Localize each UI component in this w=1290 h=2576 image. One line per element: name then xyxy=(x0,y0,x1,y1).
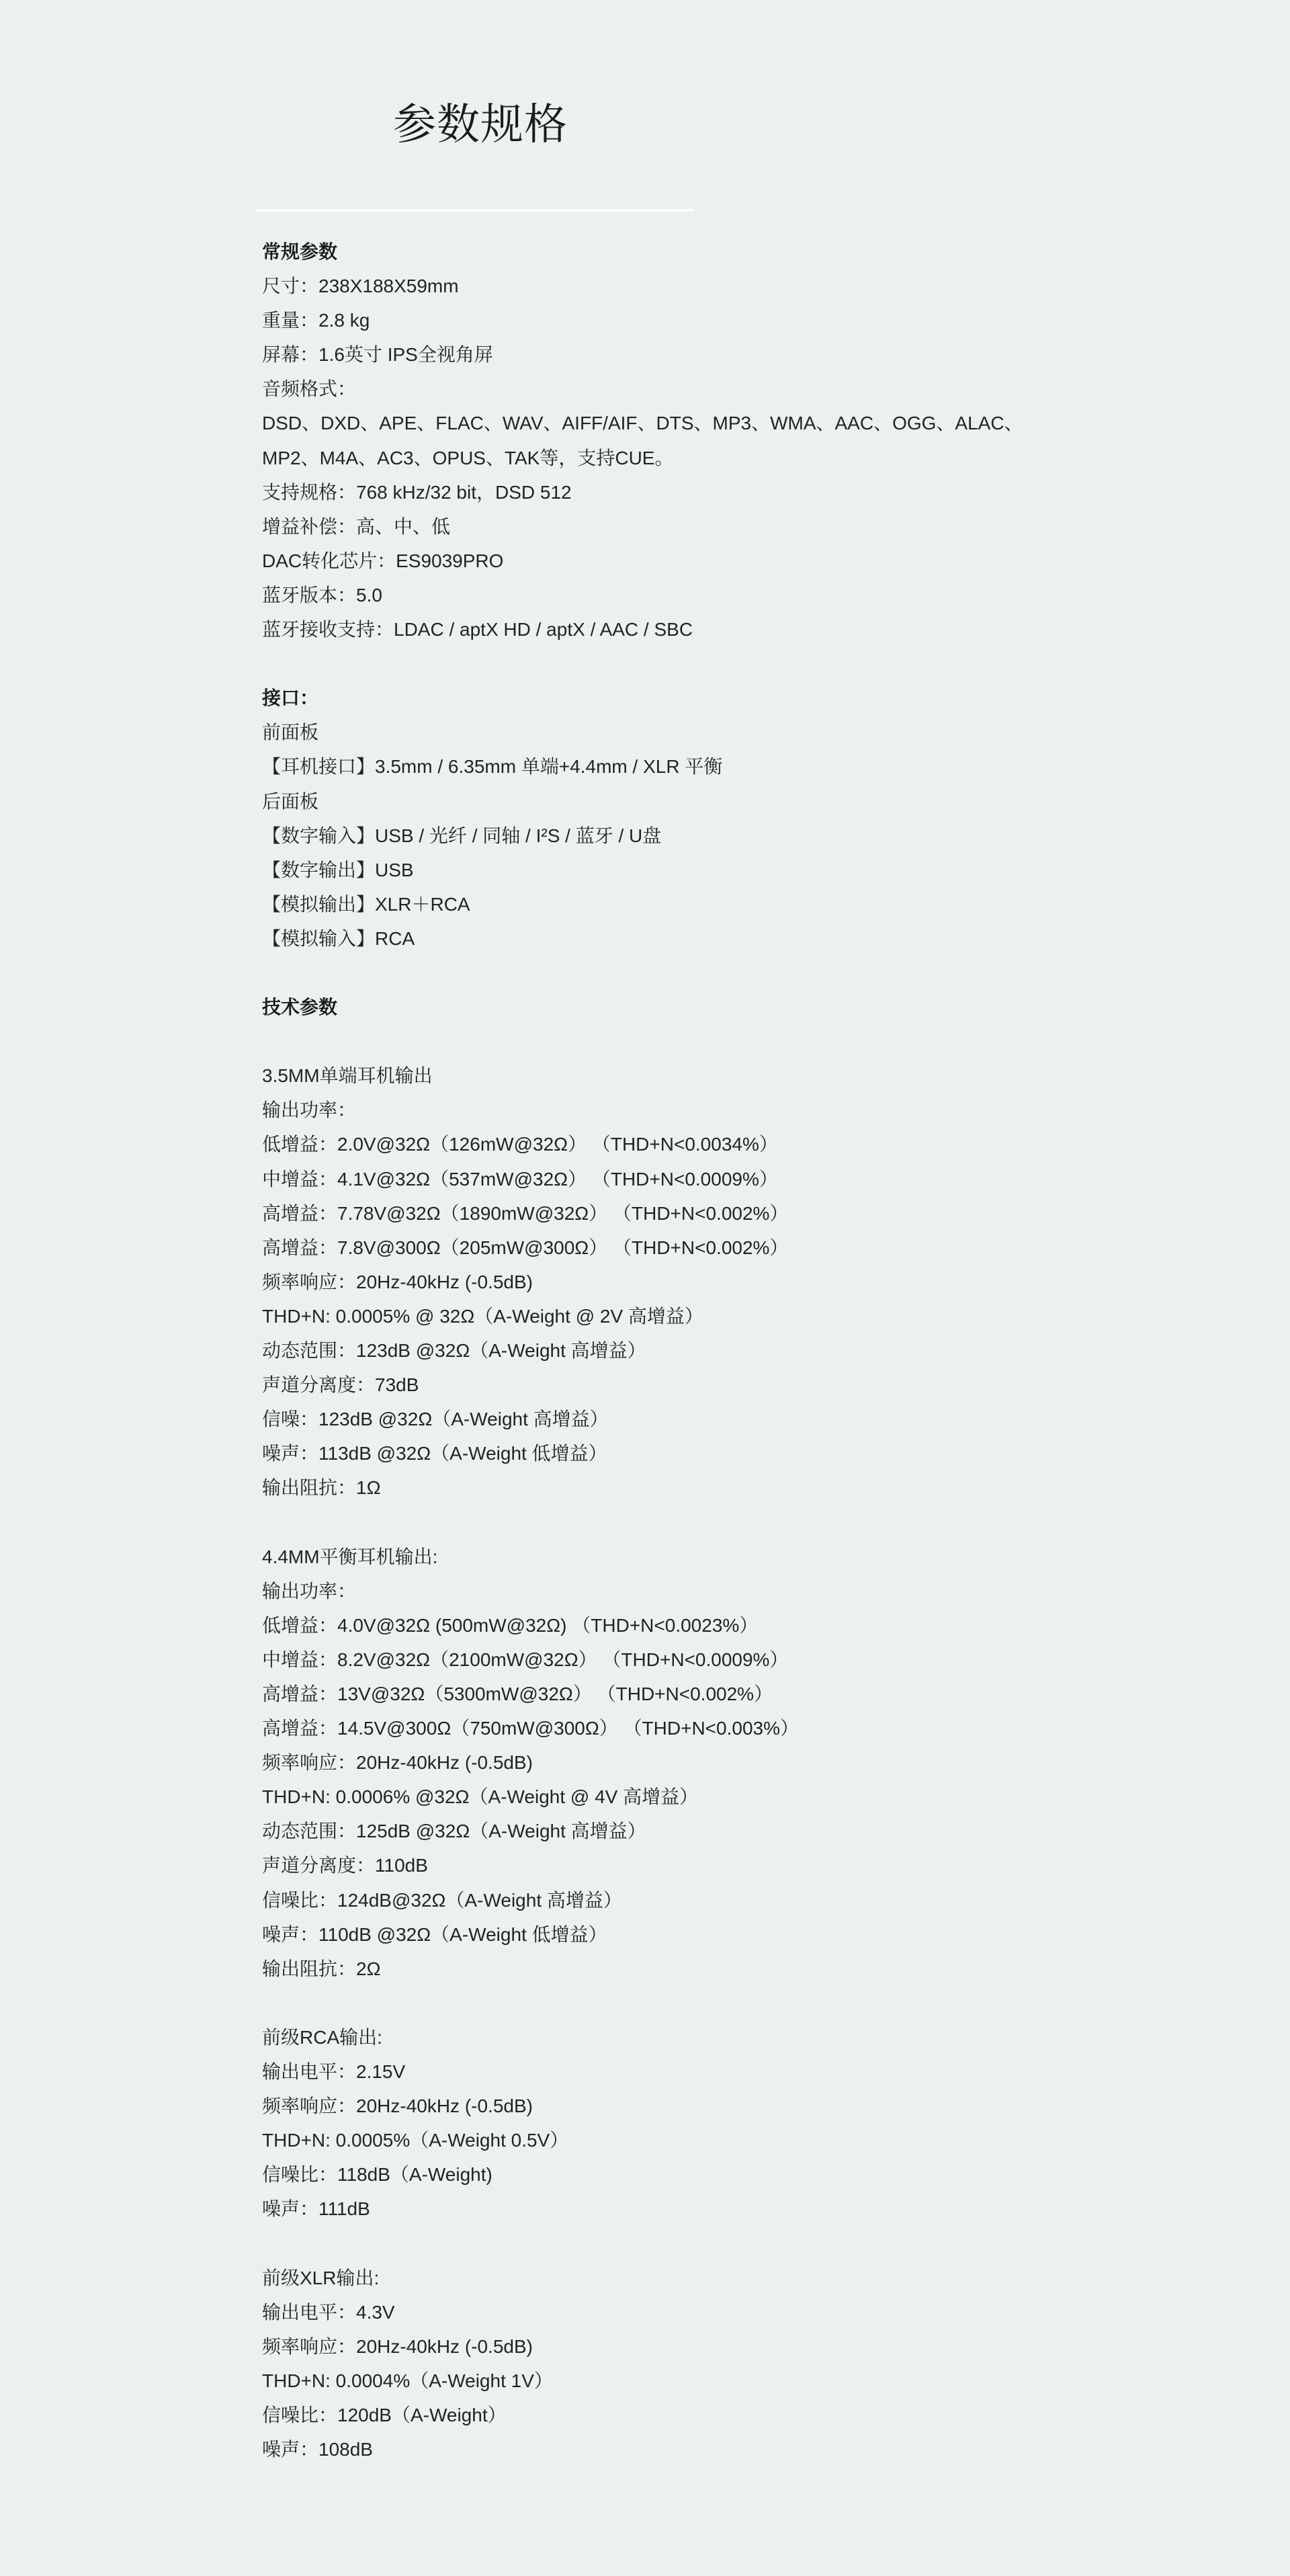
section-heading-general-params: 常规参数 xyxy=(262,235,1023,269)
spec-line: 声道分离度：110dB xyxy=(262,1848,1023,1882)
section-spacer xyxy=(262,1986,1023,2020)
section-heading-headphone-out-3-5mm: 3.5MM单端耳机输出 xyxy=(262,1058,1023,1093)
spec-line: 屏幕：1.6英寸 IPS全视角屏 xyxy=(262,337,1023,372)
section-heading-xlr-preamp-out: 前级XLR输出: xyxy=(262,2261,1023,2295)
spec-line: 高增益：7.8V@300Ω（205mW@300Ω） （THD+N<0.002%） xyxy=(262,1231,1023,1265)
section-spacer xyxy=(262,956,1023,990)
spec-line: 蓝牙版本：5.0 xyxy=(262,578,1023,612)
spec-line: 频率响应：20Hz-40kHz (-0.5dB) xyxy=(262,2329,1023,2364)
spec-line: 蓝牙接收支持：LDAC / aptX HD / aptX / AAC / SBC xyxy=(262,612,1023,647)
spec-line: DSD、DXD、APE、FLAC、WAV、AIFF/AIF、DTS、MP3、WM… xyxy=(262,406,1023,440)
spec-line: 尺寸：238X188X59mm xyxy=(262,269,1023,303)
spec-line: 中增益：4.1V@32Ω（537mW@32Ω） （THD+N<0.0009%） xyxy=(262,1162,1023,1196)
spec-line: 重量：2.8 kg xyxy=(262,303,1023,337)
section-spacer xyxy=(262,1505,1023,1539)
spec-line: 输出电平：2.15V xyxy=(262,2054,1023,2089)
section-spacer xyxy=(262,2226,1023,2260)
section-heading-headphone-out-4-4mm: 4.4MM平衡耳机输出: xyxy=(262,1540,1023,1574)
spec-line: 频率响应：20Hz-40kHz (-0.5dB) xyxy=(262,1745,1023,1780)
spec-line: 中增益：8.2V@32Ω（2100mW@32Ω） （THD+N<0.0009%） xyxy=(262,1643,1023,1677)
spec-line: 信噪比：118dB（A-Weight) xyxy=(262,2157,1023,2192)
spec-line: THD+N: 0.0006% @32Ω（A-Weight @ 4V 高增益） xyxy=(262,1780,1023,1814)
spec-line: 噪声：113dB @32Ω（A-Weight 低增益） xyxy=(262,1436,1023,1470)
section-spacer xyxy=(262,647,1023,681)
spec-line: MP2、M4A、AC3、OPUS、TAK等，支持CUE。 xyxy=(262,441,1023,475)
spec-line: 动态范围：125dB @32Ω（A-Weight 高增益） xyxy=(262,1814,1023,1848)
spec-line: 【模拟输出】XLR＋RCA xyxy=(262,887,1023,921)
spec-line: THD+N: 0.0005% @ 32Ω（A-Weight @ 2V 高增益） xyxy=(262,1299,1023,1333)
spec-line: 信噪比：120dB（A-Weight） xyxy=(262,2398,1023,2432)
spec-line: THD+N: 0.0004%（A-Weight 1V） xyxy=(262,2364,1023,2398)
spec-line: 增益补偿：高、中、低 xyxy=(262,509,1023,544)
spec-line: 噪声：110dB @32Ω（A-Weight 低增益） xyxy=(262,1917,1023,1952)
section-heading-interfaces: 接口： xyxy=(262,681,1023,715)
spec-line: 信噪：123dB @32Ω（A-Weight 高增益） xyxy=(262,1402,1023,1436)
spec-line: 低增益：2.0V@32Ω（126mW@32Ω） （THD+N<0.0034%） xyxy=(262,1127,1023,1161)
spec-line: 输出阻抗：1Ω xyxy=(262,1470,1023,1505)
spec-line: 噪声：111dB xyxy=(262,2192,1023,2226)
spec-line: 【模拟输入】RCA xyxy=(262,921,1023,956)
spec-line: 低增益：4.0V@32Ω (500mW@32Ω) （THD+N<0.0023%） xyxy=(262,1608,1023,1643)
spec-line: 高增益：14.5V@300Ω（750mW@300Ω） （THD+N<0.003%… xyxy=(262,1711,1023,1745)
spec-line: 支持规格：768 kHz/32 bit，DSD 512 xyxy=(262,475,1023,509)
spec-line: THD+N: 0.0005%（A-Weight 0.5V） xyxy=(262,2123,1023,2157)
spec-line: 【数字输入】USB / 光纤 / 同轴 / I²S / 蓝牙 / U盘 xyxy=(262,819,1023,853)
spec-line: 频率响应：20Hz-40kHz (-0.5dB) xyxy=(262,2089,1023,2123)
page-title: 参数规格 xyxy=(393,103,568,146)
spec-line: 输出阻抗：2Ω xyxy=(262,1952,1023,1986)
spec-line: 动态范围：123dB @32Ω（A-Weight 高增益） xyxy=(262,1333,1023,1368)
spec-line: 音频格式： xyxy=(262,372,1023,406)
spec-line: 高增益：7.78V@32Ω（1890mW@32Ω） （THD+N<0.002%） xyxy=(262,1196,1023,1231)
spec-line: 噪声：108dB xyxy=(262,2432,1023,2466)
spec-line: 输出电平：4.3V xyxy=(262,2295,1023,2329)
section-heading-technical-params: 技术参数 xyxy=(262,990,1023,1024)
spec-content: 常规参数尺寸：238X188X59mm重量：2.8 kg屏幕：1.6英寸 IPS… xyxy=(262,235,1023,2466)
spec-line: 输出功率： xyxy=(262,1093,1023,1127)
spec-line: 声道分离度：73dB xyxy=(262,1368,1023,1402)
section-heading-rca-preamp-out: 前级RCA输出: xyxy=(262,2020,1023,2054)
spec-line: 高增益：13V@32Ω（5300mW@32Ω） （THD+N<0.002%） xyxy=(262,1677,1023,1711)
spec-line: 后面板 xyxy=(262,784,1023,819)
section-spacer xyxy=(262,1024,1023,1058)
spec-line: 信噪比：124dB@32Ω（A-Weight 高增益） xyxy=(262,1883,1023,1917)
spec-line: 【数字输出】USB xyxy=(262,853,1023,887)
spec-line: 频率响应：20Hz-40kHz (-0.5dB) xyxy=(262,1265,1023,1299)
spec-line: 【耳机接口】3.5mm / 6.35mm 单端+4.4mm / XLR 平衡 xyxy=(262,749,1023,784)
spec-line: DAC转化芯片：ES9039PRO xyxy=(262,544,1023,578)
title-divider xyxy=(255,209,694,212)
spec-line: 前面板 xyxy=(262,715,1023,749)
spec-line: 输出功率： xyxy=(262,1574,1023,1608)
